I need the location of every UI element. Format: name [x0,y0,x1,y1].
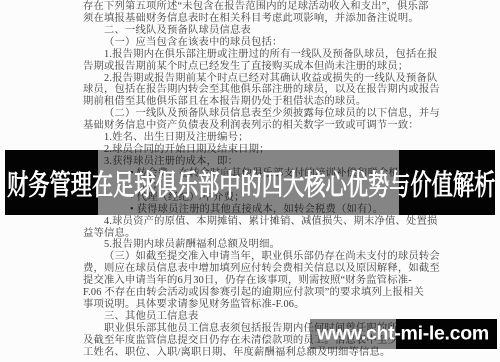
doc-line: 事项说明。具体要求请参见财务监管标准-F.06。 [83,299,455,311]
doc-line: 费，则应在球员信息表中增加填列应付转会费相关信息以及原因解释，如截至 [83,263,455,275]
watermark-url: www.cht-mi-le.com [317,323,489,346]
doc-line: （一）应当包含在该表中的球员包括： [83,37,455,49]
doc-line: F.06 不存在由转会活动或因参赛引起的逾期应付款项”的要求填列上报相关 [83,287,455,299]
doc-line: 益等信息。 [83,228,455,240]
doc-line: 基础财务信息中资产负债表及利润表列示的相关数字一致或可调节一致： [83,120,455,132]
doc-line: 期前租借至其他俱乐部且在本报告期仍处于租借状态的球员。 [83,96,455,108]
doc-line: （三）如截至提交准入申请当年，职业俱乐部仍存在尚未支付的球员转会 [83,251,455,263]
doc-section-heading: 二、一线队及预备队球员信息表 [83,25,455,37]
doc-line: 提交准入申请当年的6月30日，仍存在该事项，则需按照“财务监管标准- [83,275,455,287]
doc-line: 4.球员资产的原值、本期摊销、累计摊销、减值损失、期末净值、处置损 [83,216,455,228]
doc-line: 5.报告期内球员薪酬福利总额及明细。 [83,239,455,251]
doc-line: （二）一线队及预备队球员信息表至少须披露每位球员的以下信息，并与 [83,108,455,120]
doc-line: 存在下列第五项所述“未包含在报告范围内的足球活动收入和支出”，俱乐部 [83,1,455,13]
title-overlay-band: 财务管理在足球俱乐部中的四大核心优势与价值解析 [5,150,495,215]
doc-line: 告期或报告期前某个时点已经发生了直接购买成本但尚未注册的球员； [83,61,455,73]
doc-line: 2.报告期或报告期前某个时点已经对其确认收益或损失的一线队及预备队 [83,73,455,85]
article-title: 财务管理在足球俱乐部中的四大核心优势与价值解析 [7,162,495,203]
doc-line: 1.报告期内在俱乐部注册或注册过的所有一线队及预备队球员，包括在报 [83,49,455,61]
doc-line: 须在填报基础财务信息表时在相关科目考虑此项影响，并添加备注说明。 [83,13,455,25]
doc-line: 1.姓名、出生日期及注册编号； [83,132,455,144]
doc-line: 球员，包括在报告期内转会至其他俱乐部注册的球员，以及在报告期内或报告 [83,84,455,96]
watermark-box: www.cht-mi-le.com [310,319,497,349]
document-page: 存在下列第五项所述“未包含在报告范围内的足球活动收入和支出”，俱乐部 须在填报基… [0,0,500,362]
